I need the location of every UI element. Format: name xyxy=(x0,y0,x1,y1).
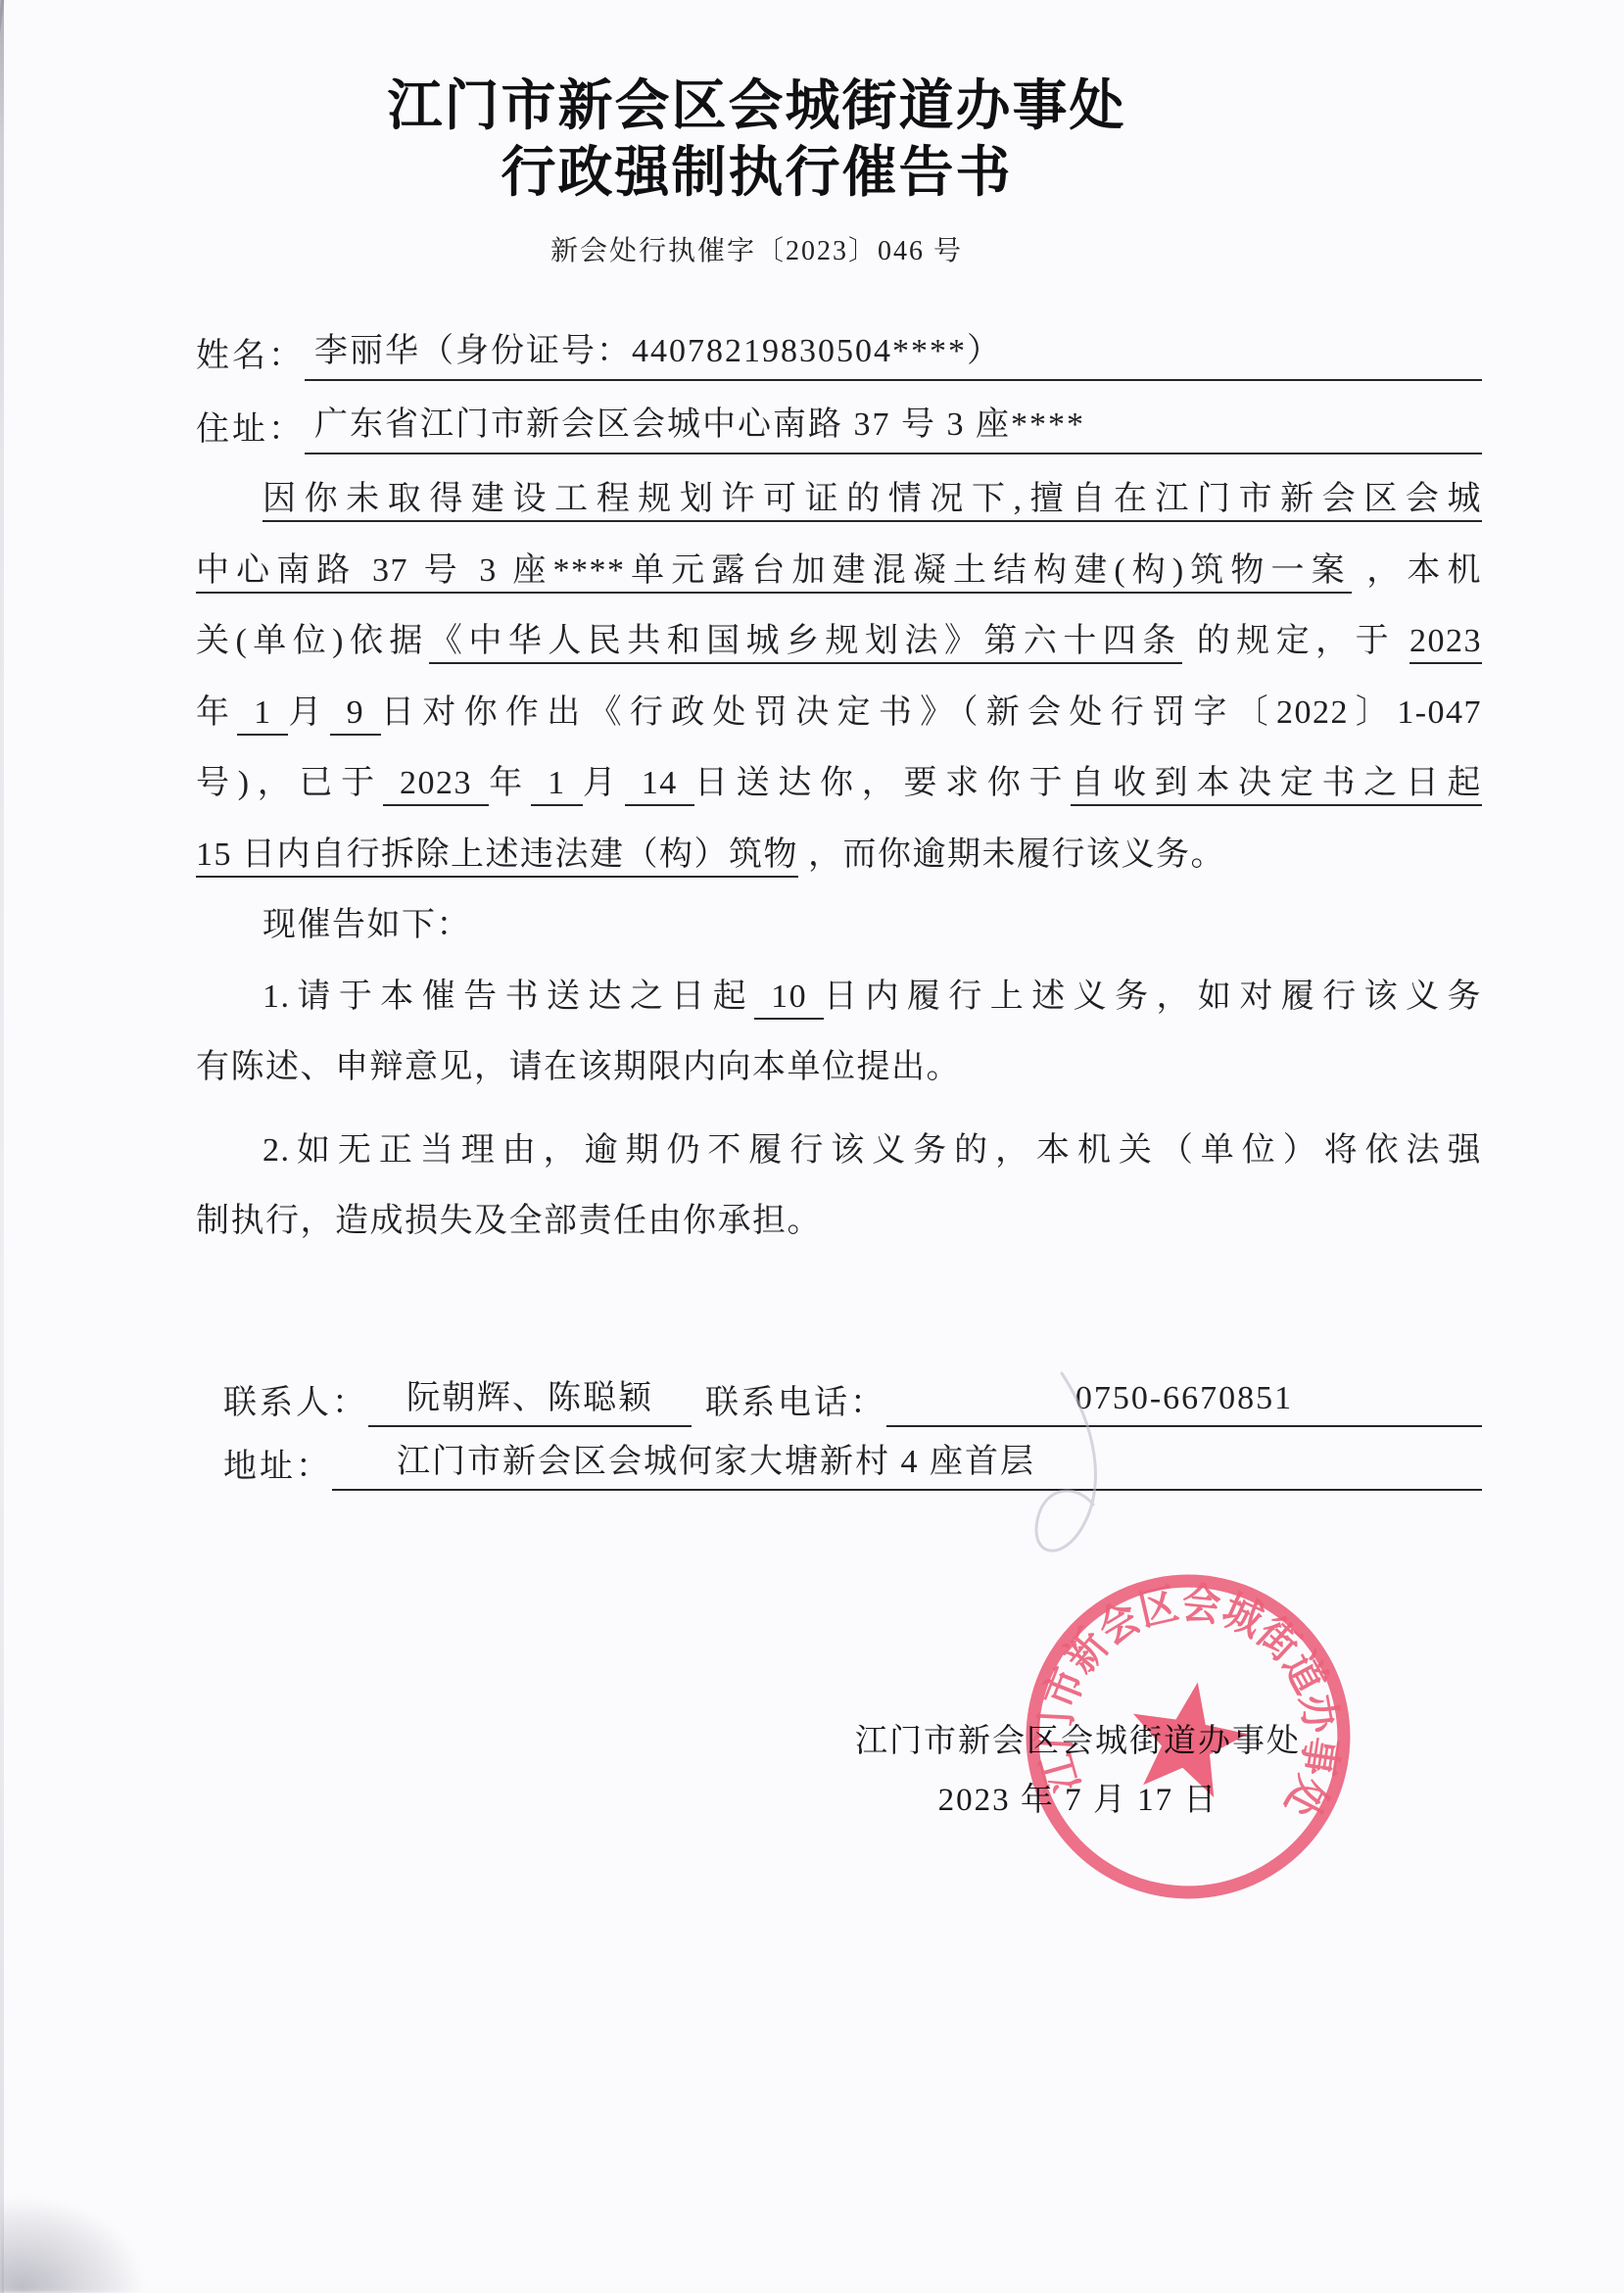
body-line: 2.如无正当理由，逾期仍不履行该义务的，本机关（单位）将依法强 xyxy=(196,1116,1482,1187)
recipient-info: 姓名： 李丽华（身份证号：44078219830504****） 住址： 广东省… xyxy=(196,327,1482,474)
text-segment: 日内履行上述义务，如对履行该义务 xyxy=(824,979,1482,1018)
underlined-text: 中心南路 37 号 3 座****单元露台加建混凝土结构建(构)筑物一案 xyxy=(196,552,1352,594)
text-segment: ，而你逾期未履行该义务。 xyxy=(798,836,1225,876)
address-row: 住址： 广东省江门市新会区会城中心南路 37 号 3 座**** xyxy=(196,401,1482,454)
text-segment: 月 xyxy=(288,694,329,734)
address-label: 住址： xyxy=(196,406,305,454)
body-line: 关(单位)依据《中华人民共和国城乡规划法》第六十四条 的规定，于 2023 xyxy=(196,606,1482,678)
text-segment: 年 xyxy=(489,765,531,804)
name-row: 姓名： 李丽华（身份证号：44078219830504****） xyxy=(196,327,1482,381)
underlined-text: 15 日内自行拆除上述违法建（构）筑物 xyxy=(196,836,798,878)
underlined-text: 2023 xyxy=(1409,623,1482,664)
text-segment: 日对你作出《行政处罚决定书》（新会处行罚字〔2022〕1-047 xyxy=(381,694,1482,734)
contact-address-label: 地址： xyxy=(223,1444,332,1491)
address-value: 广东省江门市新会区会城中心南路 37 号 3 座**** xyxy=(305,401,1482,454)
underlined-text: 14 xyxy=(625,765,694,806)
underlined-text: 1 xyxy=(531,765,583,806)
name-value: 李丽华（身份证号：44078219830504****） xyxy=(305,327,1482,381)
underlined-text: 因你未取得建设工程规划许可证的情况下,擅自在江门市新会区会城 xyxy=(263,481,1482,522)
body-line: 1.请于本催告书送达之日起 10 日内履行上述义务，如对履行该义务 xyxy=(196,962,1482,1033)
document-title-line1: 江门市新会区会城街道办事处 xyxy=(196,72,1317,139)
text-segment: ，本机 xyxy=(1352,552,1482,592)
contact-phone-label: 联系电话： xyxy=(705,1380,886,1427)
text-segment: 年 xyxy=(196,694,237,734)
body-line: 现催告如下： xyxy=(196,890,1482,962)
text-segment: 1.请于本催告书送达之日起 xyxy=(263,979,754,1018)
body-line: 年 1 月 9 日对你作出《行政处罚决定书》（新会处行罚字〔2022〕1-047 xyxy=(196,678,1482,749)
text-segment: 2.如无正当理由，逾期仍不履行该义务的，本机关（单位）将依法强 xyxy=(263,1132,1482,1171)
contact-person-row: 联系人： 阮朝辉、陈聪颖 联系电话： 0750-6670851 xyxy=(223,1375,1482,1427)
scan-smudge xyxy=(0,2195,147,2293)
contact-block: 联系人： 阮朝辉、陈聪颖 联系电话： 0750-6670851 地址： 江门市新… xyxy=(223,1375,1482,1503)
scanned-document-page: 江门市新会区会城街道办事处 行政强制执行催告书 新会处行执催字〔2023〕046… xyxy=(0,0,1624,2293)
document-title-line2: 行政强制执行催告书 xyxy=(196,139,1317,206)
contact-person-value: 阮朝辉、陈聪颖 xyxy=(368,1375,692,1427)
document-heading: 江门市新会区会城街道办事处 行政强制执行催告书 新会处行执催字〔2023〕046… xyxy=(196,72,1317,268)
official-red-seal: 江门市新会区会城街道办事处 xyxy=(985,1534,1392,1940)
text-segment: 现催告如下： xyxy=(263,907,471,946)
body-line: 制执行，造成损失及全部责任由你承担。 xyxy=(196,1186,1482,1258)
scan-edge-shadow xyxy=(0,0,4,2293)
body-line: 号)，已于 2023 年 1 月 14 日送达你，要求你于自收到本决定书之日起 xyxy=(196,748,1482,820)
text-segment: 号)，已于 xyxy=(196,765,383,804)
body-line: 有陈述、申辩意见，请在该期限内向本单位提出。 xyxy=(196,1032,1482,1104)
text-segment: 月 xyxy=(583,765,625,804)
body-line: 中心南路 37 号 3 座****单元露台加建混凝土结构建(构)筑物一案 ，本机 xyxy=(196,536,1482,607)
body-line: 因你未取得建设工程规划许可证的情况下,擅自在江门市新会区会城 xyxy=(196,464,1482,536)
body-line: 15 日内自行拆除上述违法建（构）筑物 ，而你逾期未履行该义务。 xyxy=(196,820,1482,891)
contact-address-value: 江门市新会区会城何家大塘新村 4 座首层 xyxy=(332,1439,1482,1491)
document-number: 新会处行执催字〔2023〕046 号 xyxy=(196,229,1317,268)
text-segment: 的规定，于 xyxy=(1182,623,1409,662)
contact-address-row: 地址： 江门市新会区会城何家大塘新村 4 座首层 xyxy=(223,1439,1482,1491)
text-segment: 日送达你，要求你于 xyxy=(694,765,1071,804)
underlined-text: 2023 xyxy=(383,765,489,806)
seal-star-icon xyxy=(1122,1672,1255,1801)
text-segment: 有陈述、申辩意见，请在该期限内向本单位提出。 xyxy=(196,1049,961,1088)
underlined-text: 《中华人民共和国城乡规划法》第六十四条 xyxy=(429,623,1182,664)
underlined-text: 1 xyxy=(237,694,288,736)
underlined-text: 自收到本决定书之日起 xyxy=(1071,765,1482,806)
contact-phone-value: 0750-6670851 xyxy=(886,1375,1482,1427)
underlined-text: 9 xyxy=(330,694,381,736)
text-segment: 关(单位)依据 xyxy=(196,623,429,662)
underlined-text: 10 xyxy=(754,979,824,1020)
name-label: 姓名： xyxy=(196,332,305,381)
text-segment: 制执行，造成损失及全部责任由你承担。 xyxy=(196,1203,822,1242)
body-text: 因你未取得建设工程规划许可证的情况下,擅自在江门市新会区会城中心南路 37 号 … xyxy=(196,464,1482,1258)
contact-person-label: 联系人： xyxy=(223,1380,368,1427)
